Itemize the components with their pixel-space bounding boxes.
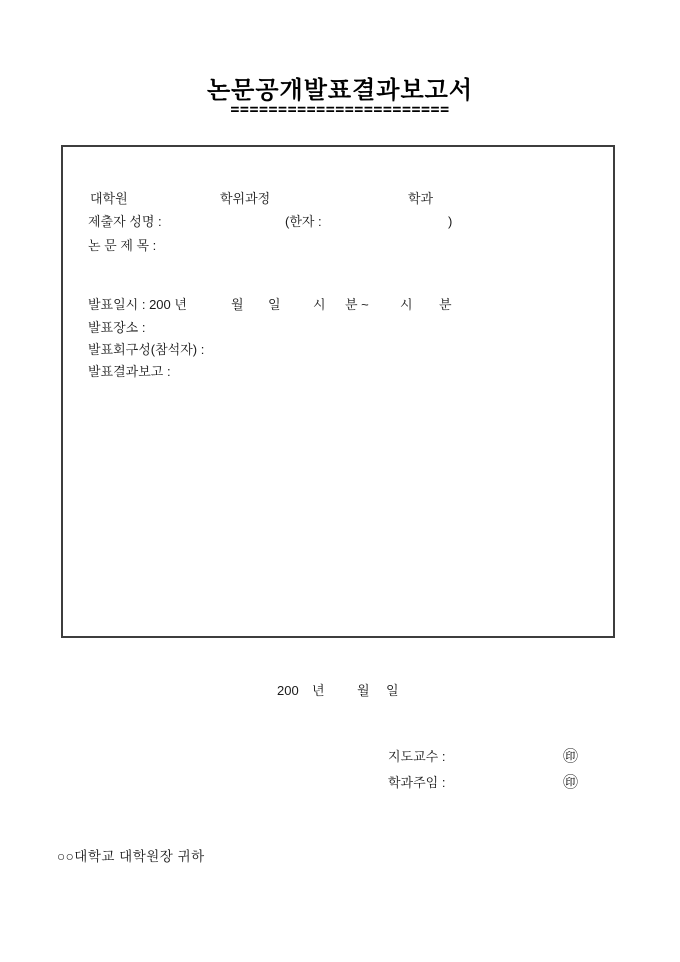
addressee-footer: ○○대학교 대학원장 귀하: [57, 849, 205, 865]
graduate-school-label: 대학원: [90, 192, 128, 207]
venue-label: 발표장소 :: [88, 321, 145, 336]
submitter-name-label: 제출자 성명 :: [88, 215, 162, 230]
datetime-start-hour-unit: 시: [313, 298, 326, 313]
document-page: 논문공개발표결과보고서 ======================= 대학원 …: [0, 0, 680, 962]
department-label: 학과: [408, 192, 433, 207]
date-year-value: 200: [277, 684, 299, 699]
presentation-datetime-label: 발표일시 : 200 년: [88, 298, 187, 313]
datetime-start-minute-unit: 분 ~: [345, 298, 369, 313]
degree-course-label: 학위과정: [220, 192, 270, 207]
datetime-end-hour-unit: 시: [400, 298, 413, 313]
advisor-label: 지도교수 :: [388, 750, 445, 765]
department-head-label: 학과주임 :: [388, 776, 445, 791]
thesis-title-label: 논 문 제 목 :: [88, 239, 156, 254]
hanja-close-label: ): [448, 215, 452, 230]
date-month-unit: 월: [357, 684, 370, 699]
datetime-day-unit: 일: [268, 298, 281, 313]
department-head-seal-icon: ㊞: [563, 774, 578, 791]
result-report-label: 발표결과보고 :: [88, 365, 171, 380]
datetime-month-unit: 월: [231, 298, 244, 313]
datetime-end-minute-unit: 분: [439, 298, 452, 313]
date-day-unit: 일: [386, 684, 399, 699]
attendees-label: 발표회구성(참석자) :: [88, 343, 204, 358]
advisor-seal-icon: ㊞: [563, 748, 578, 765]
date-year-unit: 년: [312, 684, 325, 699]
form-box: 대학원 학위과정 학과 제출자 성명 : (한자 : ) 논 문 제 목 : 발…: [61, 145, 615, 638]
hanja-open-label: (한자 :: [285, 215, 322, 230]
title-underline: =======================: [0, 100, 680, 118]
